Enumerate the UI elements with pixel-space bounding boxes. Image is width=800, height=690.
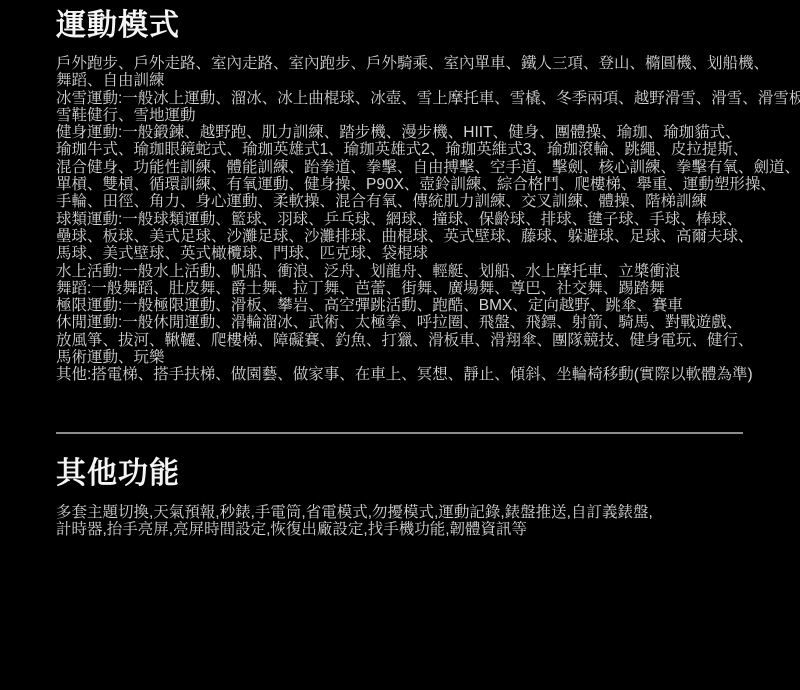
text-line: 極限運動:一般極限運動、滑板、攀岩、高空彈跳活動、跑酷、BMX、定向越野、跳傘、… <box>56 297 760 314</box>
text-line: 瑜珈牛式、瑜珈眼鏡蛇式、瑜珈英雄式1、瑜珈英雄式2、瑜珈英維式3、瑜珈滾輪、跳繩… <box>56 141 760 158</box>
text-line: 戶外跑步、戶外走路、室內走路、室內跑步、戶外騎乘、室內單車、鐵人三項、登山、橢圓… <box>56 55 760 72</box>
text-line: 放風箏、拔河、鞦韆、爬樓梯、障礙賽、釣魚、打獵、滑板車、滑翔傘、團隊競技、健身電… <box>56 332 760 349</box>
text-line: 馬球、美式壁球、英式橄欖球、門球、匹克球、袋棍球 <box>56 245 760 262</box>
page-content: 運動模式 戶外跑步、戶外走路、室內走路、室內跑步、戶外騎乘、室內單車、鐵人三項、… <box>0 0 800 538</box>
text-line: 舞蹈、自由訓練 <box>56 72 760 89</box>
text-line: 馬術運動、玩樂 <box>56 349 760 366</box>
sport-modes-title: 運動模式 <box>56 8 760 44</box>
sport-modes-text: 戶外跑步、戶外走路、室內走路、室內跑步、戶外騎乘、室內單車、鐵人三項、登山、橢圓… <box>56 55 760 384</box>
other-functions-section: 其他功能 多套主題切換,天氣預報,秒錶,手電筒,省電模式,勿擾模式,運動記錄,錶… <box>56 456 760 539</box>
sport-modes-section: 運動模式 戶外跑步、戶外走路、室內走路、室內跑步、戶外騎乘、室內單車、鐵人三項、… <box>56 8 760 384</box>
section-divider <box>56 432 743 434</box>
text-line: 舞蹈:一般舞蹈、肚皮舞、爵士舞、拉丁舞、芭蕾、街舞、廣場舞、尊巴、社交舞、踢踏舞 <box>56 280 760 297</box>
text-line: 雪鞋健行、雪地運動 <box>56 107 760 124</box>
text-line: 水上活動:一般水上活動、帆船、衝浪、泛舟、划龍舟、輕艇、划船、水上摩托車、立槳衝… <box>56 263 760 280</box>
text-line: 冰雪運動:一般冰上運動、溜冰、冰上曲棍球、冰壺、雪上摩托車、雪橇、冬季兩項、越野… <box>56 90 760 107</box>
text-line: 休閒運動:一般休閒運動、滑輪溜冰、武術、太極拳、呼拉圈、飛盤、飛鏢、射箭、騎馬、… <box>56 314 760 331</box>
text-line: 球類運動:一般球類運動、籃球、羽球、乒乓球、網球、撞球、保齡球、排球、毽子球、手… <box>56 211 760 228</box>
text-line: 計時器,抬手亮屏,亮屏時間設定,恢復出廠設定,找手機功能,韌體資訊等 <box>56 521 760 538</box>
other-functions-text: 多套主題切換,天氣預報,秒錶,手電筒,省電模式,勿擾模式,運動記錄,錶盤推送,自… <box>56 504 760 539</box>
text-line: 其他:搭電梯、搭手扶梯、做園藝、做家事、在車上、冥想、靜止、傾斜、坐輪椅移動(實… <box>56 366 760 383</box>
text-line: 壘球、板球、美式足球、沙灘足球、沙灘排球、曲棍球、英式壁球、藤球、躲避球、足球、… <box>56 228 760 245</box>
text-line: 多套主題切換,天氣預報,秒錶,手電筒,省電模式,勿擾模式,運動記錄,錶盤推送,自… <box>56 504 760 521</box>
other-functions-title: 其他功能 <box>56 456 760 492</box>
text-line: 健身運動:一般鍛鍊、越野跑、肌力訓練、踏步機、漫步機、HIIT、健身、團體操、瑜… <box>56 124 760 141</box>
text-line: 混合健身、功能性訓練、體能訓練、跆拳道、拳擊、自由搏擊、空手道、擊劍、核心訓練、… <box>56 159 760 176</box>
text-line: 手輪、田徑、角力、身心運動、柔軟操、混合有氧、傳統肌力訓練、交叉訓練、體操、階梯… <box>56 193 760 210</box>
text-line: 單槓、雙槓、循環訓練、有氧運動、健身操、P90X、壺鈴訓練、綜合格鬥、爬樓梯、舉… <box>56 176 760 193</box>
spec-page: 運動模式 戶外跑步、戶外走路、室內走路、室內跑步、戶外騎乘、室內單車、鐵人三項、… <box>0 0 800 690</box>
